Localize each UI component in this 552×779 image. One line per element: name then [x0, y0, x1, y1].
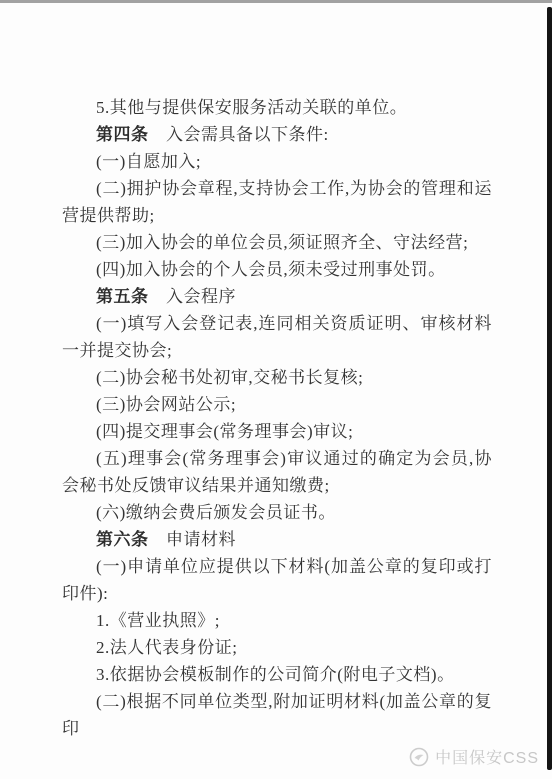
brand-watermark: 中国保安CSS: [409, 745, 539, 768]
paragraph: (四)加入协会的个人会员,须未受过刑事处罚。: [62, 256, 492, 283]
paragraph-text: (六)缴纳会费后颁发会员证书。: [96, 503, 336, 522]
paragraph: (一)自愿加入;: [62, 148, 492, 175]
paragraph: (一)申请单位应提供以下材料(加盖公章的复印或打印件):: [62, 553, 492, 607]
paragraph-text: 入会程序: [149, 287, 237, 306]
paragraph: 第四条 入会需具备以下条件:: [62, 121, 492, 148]
paragraph-text: (一)申请单位应提供以下材料(加盖公章的复印或打印件):: [62, 557, 492, 603]
paragraph-text: (二)协会秘书处初审,交秘书长复核;: [96, 368, 363, 387]
paragraph-text: 5.其他与提供保安服务活动关联的单位。: [96, 98, 407, 117]
paragraph: (一)填写入会登记表,连同相关资质证明、审核材料一并提交协会;: [62, 310, 492, 364]
paragraph-text: 3.依据协会模板制作的公司简介(附电子文档)。: [96, 665, 455, 684]
paragraph-text: (五)理事会(常务理事会)审议通过的确定为会员,协会秘书处反馈审议结果并通知缴费…: [62, 449, 492, 495]
paragraph-text: 入会需具备以下条件:: [149, 125, 329, 144]
article-number: 第五条: [96, 287, 149, 306]
paragraph-text: (四)提交理事会(常务理事会)审议;: [96, 422, 353, 441]
paragraph: (二)根据不同单位类型,附加证明材料(加盖公章的复印: [62, 688, 492, 742]
article-number: 第四条: [96, 125, 149, 144]
paragraph: 5.其他与提供保安服务活动关联的单位。: [62, 94, 492, 121]
paragraph: (五)理事会(常务理事会)审议通过的确定为会员,协会秘书处反馈审议结果并通知缴费…: [62, 445, 492, 499]
window-top-edge: [0, 0, 552, 3]
paragraph-text: 2.法人代表身份证;: [96, 638, 237, 657]
paragraph-text: (一)填写入会登记表,连同相关资质证明、审核材料一并提交协会;: [62, 314, 492, 360]
paragraph-text: (一)自愿加入;: [96, 152, 201, 171]
paragraph-text: 1.《营业执照》;: [96, 611, 220, 630]
paragraph: (三)加入协会的单位会员,须证照齐全、守法经营;: [62, 229, 492, 256]
scrollbar[interactable]: [547, 7, 552, 770]
paragraph: 2.法人代表身份证;: [62, 634, 492, 661]
paragraph-text: (三)协会网站公示;: [96, 395, 236, 414]
dove-circle-logo-icon: [409, 747, 429, 767]
paragraph: (三)协会网站公示;: [62, 391, 492, 418]
paragraph-text: (二)拥护协会章程,支持协会工作,为协会的管理和运营提供帮助;: [62, 179, 492, 225]
paragraph: (二)协会秘书处初审,交秘书长复核;: [62, 364, 492, 391]
paragraph: 第六条 申请材料: [62, 526, 492, 553]
paragraph: 3.依据协会模板制作的公司简介(附电子文档)。: [62, 661, 492, 688]
paragraph: 第五条 入会程序: [62, 283, 492, 310]
brand-name: 中国保安CSS: [435, 745, 539, 768]
paragraph: (二)拥护协会章程,支持协会工作,为协会的管理和运营提供帮助;: [62, 175, 492, 229]
paragraph: 1.《营业执照》;: [62, 607, 492, 634]
paragraph: (六)缴纳会费后颁发会员证书。: [62, 499, 492, 526]
paragraph-text: (三)加入协会的单位会员,须证照齐全、守法经营;: [96, 233, 468, 252]
article-number: 第六条: [96, 530, 149, 549]
paragraph: (四)提交理事会(常务理事会)审议;: [62, 418, 492, 445]
paragraph-text: (二)根据不同单位类型,附加证明材料(加盖公章的复印: [62, 692, 492, 738]
document-body: 5.其他与提供保安服务活动关联的单位。 第四条 入会需具备以下条件: (一)自愿…: [62, 94, 492, 742]
paragraph-text: (四)加入协会的个人会员,须未受过刑事处罚。: [96, 260, 446, 279]
paragraph-text: 申请材料: [149, 530, 237, 549]
